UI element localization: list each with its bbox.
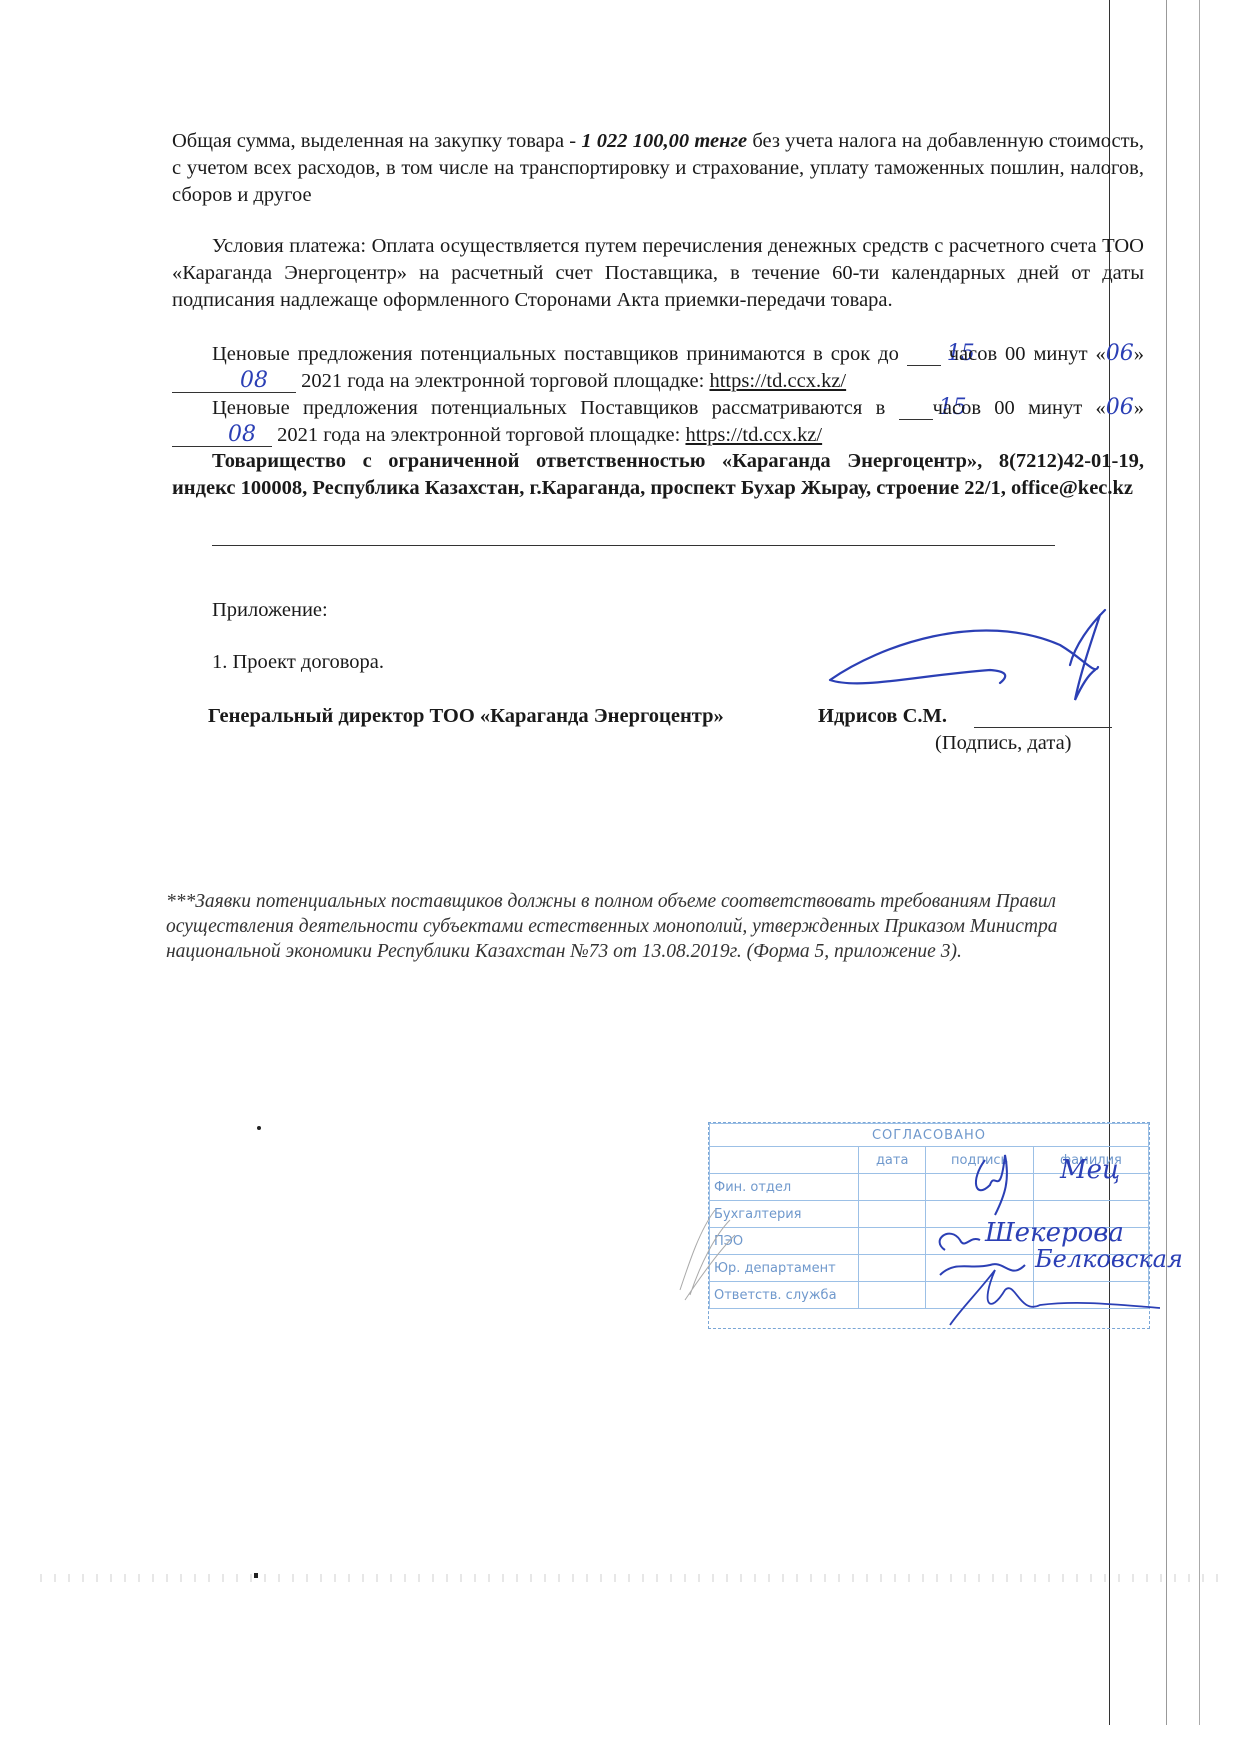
appendix-item: 1. Проект договора. — [212, 649, 612, 676]
handwritten-day: 06 — [1106, 395, 1134, 420]
scan-dot — [257, 1126, 261, 1130]
signature-line — [974, 727, 1112, 728]
platform-link[interactable]: https://td.ccx.kz/ — [685, 424, 822, 446]
scan-edge-line — [1166, 0, 1167, 1725]
acceptance-deadline: Ценовые предложения потенциальных постав… — [172, 340, 1144, 395]
payment-terms: Условия платежа: Оплата осуществляется п… — [172, 233, 1144, 314]
scan-dot — [254, 1573, 258, 1578]
scan-noise — [40, 1574, 1230, 1582]
budget-amount: 1 022 100,00 тенге — [581, 130, 747, 152]
signatory-name: Идрисов С.М. — [818, 703, 998, 730]
signature-caption: (Подпись, дата) — [935, 730, 1105, 757]
stamp-signatures-icon — [660, 1140, 1160, 1340]
footnote: ***Заявки потенциальных поставщиков долж… — [166, 889, 1096, 964]
handwritten-hour: 15 — [899, 397, 933, 420]
handwritten-month: 08 — [172, 370, 296, 393]
director-signature-icon — [820, 605, 1120, 715]
signatory-position: Генеральный директор ТОО «Караганда Энер… — [208, 703, 808, 730]
separator-line — [212, 545, 1055, 546]
appendix-label: Приложение: — [212, 597, 612, 624]
budget-paragraph: Общая сумма, выделенная на закупку товар… — [172, 128, 1144, 209]
handwritten-month: 08 — [172, 424, 272, 447]
handwritten-day: 06 — [1106, 341, 1134, 366]
handwritten-hour: 15 — [907, 343, 941, 366]
platform-link[interactable]: https://td.ccx.kz/ — [709, 370, 846, 392]
review-time: Ценовые предложения потенциальных Постав… — [172, 394, 1144, 449]
company-contacts: Товарищество с ограниченной ответственно… — [172, 448, 1144, 502]
scan-edge-line — [1199, 0, 1200, 1725]
